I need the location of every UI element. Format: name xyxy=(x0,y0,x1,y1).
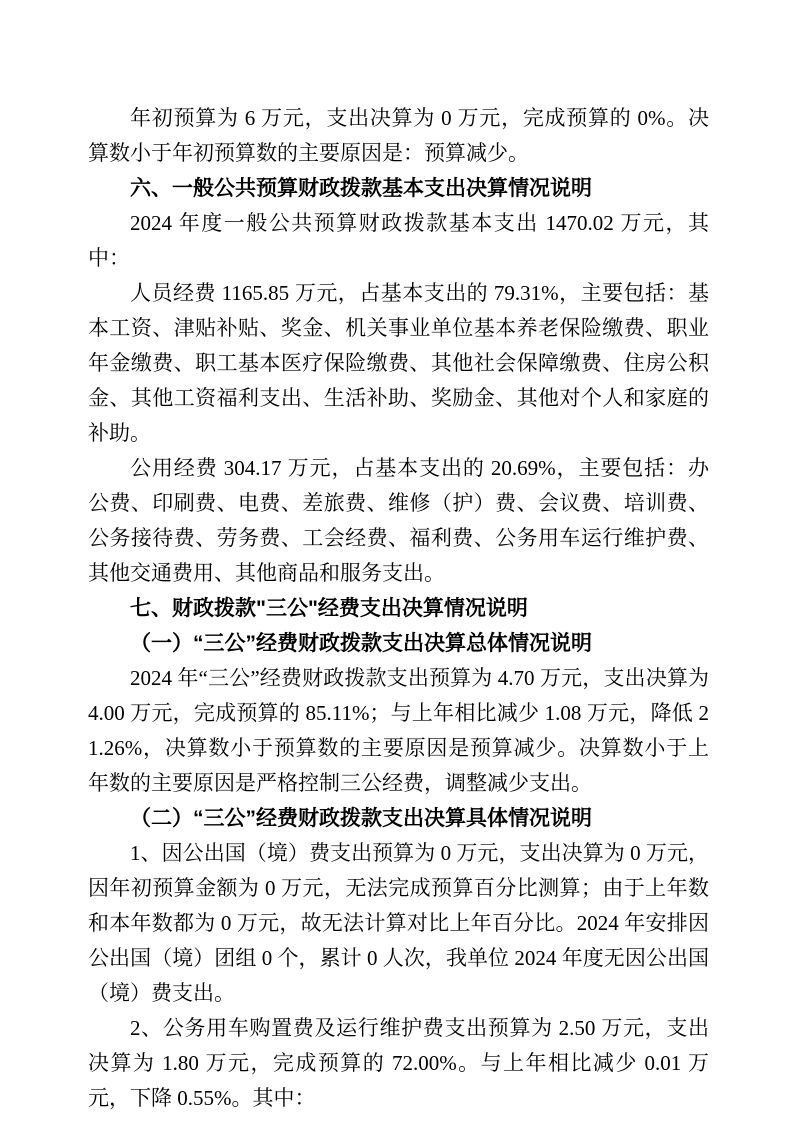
paragraph: 2、公务用车购置费及运行维护费支出预算为 2.50 万元，支出决算为 1.80 … xyxy=(88,1011,709,1116)
section-heading: 六、一般公共预算财政拨款基本支出决算情况说明 xyxy=(88,171,709,206)
section-heading: （二）“三公”经费财政拨款支出决算具体情况说明 xyxy=(88,801,709,836)
paragraph: 1、因公出国（境）费支出预算为 0 万元，支出决算为 0 万元，因年初预算金额为… xyxy=(88,836,709,1011)
section-heading: （一）“三公”经费财政拨款支出决算总体情况说明 xyxy=(88,626,709,661)
paragraph: 2024 年度一般公共预算财政拨款基本支出 1470.02 万元，其中： xyxy=(88,206,709,276)
section-heading: 七、财政拨款"三公"经费支出决算情况说明 xyxy=(88,591,709,626)
document-content: 年初预算为 6 万元，支出决算为 0 万元，完成预算的 0%。决算数小于年初预算… xyxy=(88,101,709,1116)
paragraph: 年初预算为 6 万元，支出决算为 0 万元，完成预算的 0%。决算数小于年初预算… xyxy=(88,101,709,171)
paragraph: 公用经费 304.17 万元，占基本支出的 20.69%，主要包括：办公费、印刷… xyxy=(88,451,709,591)
document-page: 年初预算为 6 万元，支出决算为 0 万元，完成预算的 0%。决算数小于年初预算… xyxy=(0,0,793,1122)
paragraph: 人员经费 1165.85 万元，占基本支出的 79.31%，主要包括：基本工资、… xyxy=(88,276,709,451)
paragraph: 2024 年“三公”经费财政拨款支出预算为 4.70 万元，支出决算为 4.00… xyxy=(88,661,709,801)
